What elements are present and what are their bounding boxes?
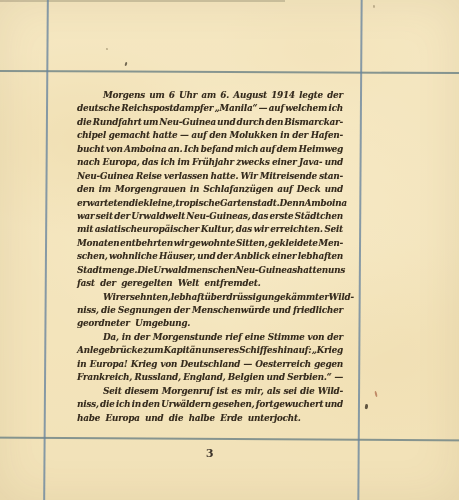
paper-speck xyxy=(373,5,375,8)
text-line: AnlegebrückezumKapitänunseresSchiffeshin… xyxy=(77,345,343,358)
album-rule-vertical-left xyxy=(43,0,49,500)
scan-top-edge xyxy=(0,0,285,2)
text-line: habe Europa und die halbe Erde unterjoch… xyxy=(77,413,343,426)
text-line: buchtvonAmboinaan.IchbefandmichaufdemHei… xyxy=(77,144,343,157)
album-rule-horizontal-bottom xyxy=(0,437,459,441)
text-line: MonatenentbehrtenwirgewohnteSitten,gekle… xyxy=(77,238,343,251)
paper-speck xyxy=(374,391,377,397)
text-line: inEuropa!KriegvonDeutschland—Oesterreich… xyxy=(77,359,343,372)
text-line: geordneter Umgebung. xyxy=(77,318,343,331)
paper-speck xyxy=(106,48,108,50)
text-line: mitasiatischeuropäischerKultur,daswirerr… xyxy=(77,224,343,237)
scanned-album-page: Morgensum6Uhram6.August1914legtederdeuts… xyxy=(0,0,459,500)
text-line: niss,dieSegnungenderMenschenwürdeundfrie… xyxy=(77,305,343,318)
album-rule-horizontal-top xyxy=(0,70,459,74)
paper-speck xyxy=(124,62,127,66)
text-line: warseitderUrwaldweltNeu-Guineas,daserste… xyxy=(77,211,343,224)
text-line: deutscheReichspostdampfer„Manila“—aufwel… xyxy=(77,103,343,116)
text-line: niss,dieichindenUrwälderngesehen,fortgew… xyxy=(77,399,343,412)
text-line: Morgensum6Uhram6.August1914legteder xyxy=(77,90,343,103)
text-line: denimMorgengraueninSchlafanzügenaufDecku… xyxy=(77,184,343,197)
album-rule-vertical-right xyxy=(357,0,362,500)
text-line: Stadtmenge.DieUrwaldmenschenNeu-Guineash… xyxy=(77,265,343,278)
text-line: SeitdiesemMorgenrufistesmir,alsseidieWil… xyxy=(77,386,343,399)
text-line: Neu-GuineaReiseverlassenhatte.WirMitreis… xyxy=(77,171,343,184)
text-line: Frankreich,Russland,England,BelgienundSe… xyxy=(77,372,343,385)
page-number: 3 xyxy=(77,447,343,460)
text-line: Da,inderMorgenstunderiefeineStimmevonder xyxy=(77,332,343,345)
text-line: schen,wohnlicheHäuser,undderAnblickeiner… xyxy=(77,251,343,264)
paper-speck xyxy=(365,404,368,409)
text-line: nachEuropa,dasichimFrühjahrzweckseinerJa… xyxy=(77,157,343,170)
text-line: chipelgemachthatte—aufdenMolukkeninderHa… xyxy=(77,130,343,143)
text-line: erwartetendiekleine,tropischeGartenstadt… xyxy=(77,198,343,211)
text-line: Wirersehnten,lebhaftüberdrüssigungekämmt… xyxy=(77,292,343,305)
text-line: fast der geregelten Welt entfremdet. xyxy=(77,278,343,291)
text-block: Morgensum6Uhram6.August1914legtederdeuts… xyxy=(77,90,343,426)
text-line: dieRundfahrtumNeu-GuineaunddurchdenBisma… xyxy=(77,117,343,130)
